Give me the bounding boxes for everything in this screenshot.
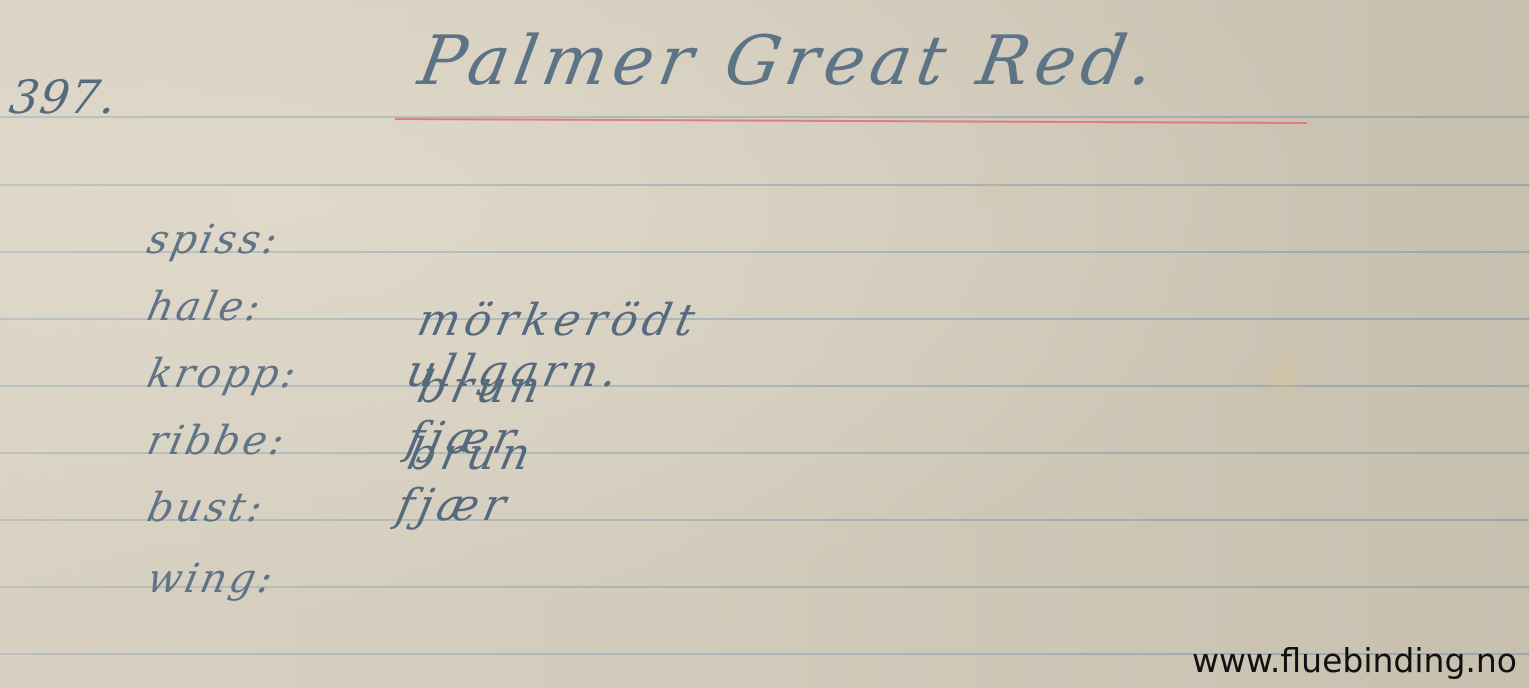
paper-stain — [985, 180, 999, 202]
ruled-line — [0, 116, 1529, 118]
watermark-link: www.fluebinding.no — [1192, 641, 1517, 680]
field-label: spiss: — [143, 217, 284, 263]
paper-stain — [1270, 355, 1298, 400]
entry-title: Palmer Great Red. — [413, 22, 1166, 101]
field-label: bust: — [143, 485, 269, 531]
notebook-page: 397. Palmer Great Red. spiss: hale: krop… — [0, 0, 1529, 688]
field-label: ribbe: — [143, 418, 291, 464]
field-label: kropp: — [143, 351, 303, 397]
field-value: brun fjær — [392, 429, 540, 531]
title-underline — [395, 118, 1307, 124]
ruled-line — [0, 184, 1529, 186]
field-label: wing: — [143, 556, 280, 602]
field-label: hale: — [143, 284, 267, 330]
entry-number: 397. — [6, 70, 120, 124]
